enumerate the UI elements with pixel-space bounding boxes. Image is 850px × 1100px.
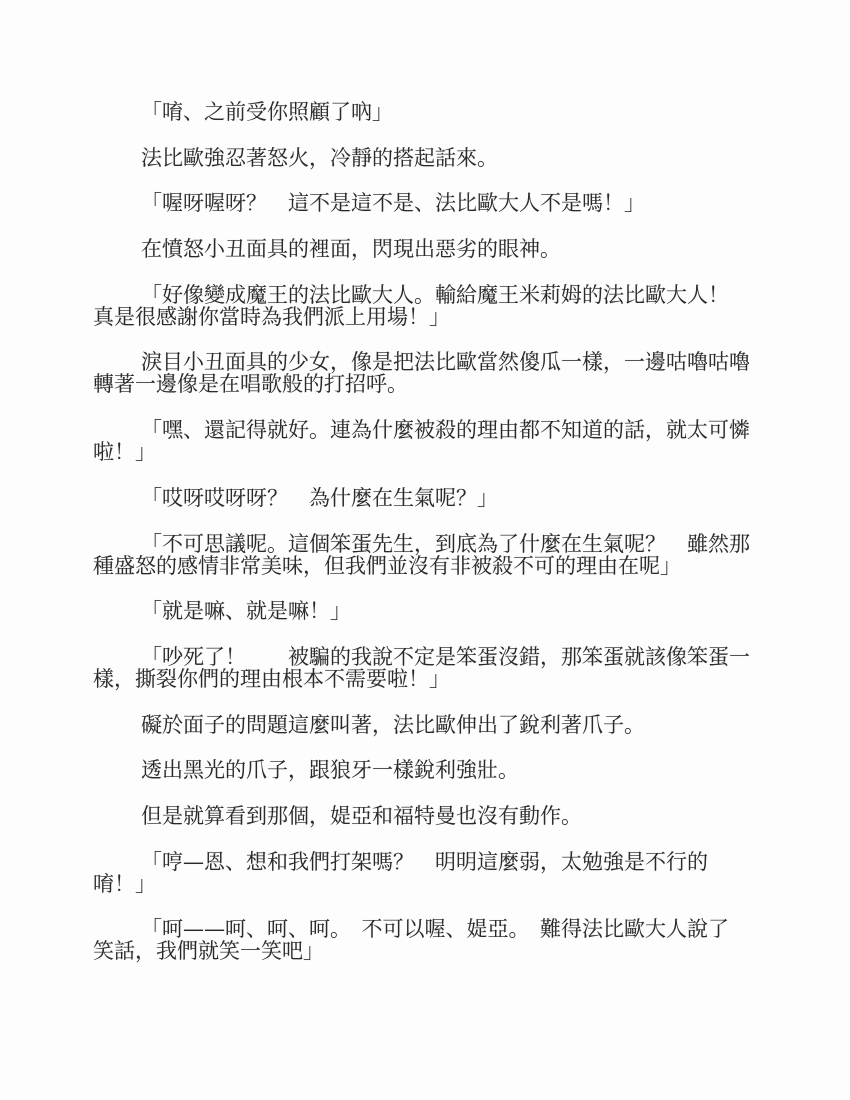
- paragraph-12: 礙於面子的問題這麼叫著，法比歐伸出了銳利著爪子。: [93, 714, 769, 736]
- paragraph-4: 在憤怒小丑面具的裡面，閃現出惡劣的眼神。: [93, 238, 769, 260]
- paragraph-5: 「好像變成魔王的法比歐大人。輸給魔王米莉姆的法比歐大人！ 真是很感謝你當時為我們…: [93, 284, 769, 328]
- paragraph-3: 「喔呀喔呀？ 這不是這不是、法比歐大人不是嗎！」: [93, 192, 769, 214]
- paragraph-10: 「就是嘛、就是嘛！」: [93, 600, 769, 622]
- paragraph-9: 「不可思議呢。這個笨蛋先生，到底為了什麼在生氣呢？ 雖然那 種盛怒的感情非常美味…: [93, 533, 769, 577]
- paragraph-15: 「哼—恩、想和我們打架嗎？ 明明這麼弱，太勉強是不行的 唷！」: [93, 851, 769, 895]
- document-page: 「唷、之前受你照顧了吶」 法比歐強忍著怒火，冷靜的搭起話來。 「喔呀喔呀？ 這不…: [0, 0, 850, 1100]
- novel-text-block: 「唷、之前受你照顧了吶」 法比歐強忍著怒火，冷靜的搭起話來。 「喔呀喔呀？ 這不…: [93, 101, 769, 986]
- paragraph-14: 但是就算看到那個，媞亞和福特曼也沒有動作。: [93, 805, 769, 827]
- paragraph-7: 「嘿、還記得就好。連為什麼被殺的理由都不知道的話，就太可憐 啦！」: [93, 419, 769, 463]
- paragraph-2: 法比歐強忍著怒火，冷靜的搭起話來。: [93, 147, 769, 169]
- paragraph-8: 「哎呀哎呀呀？ 為什麼在生氣呢？」: [93, 487, 769, 509]
- paragraph-16: 「呵——呵、呵、呵。 不可以喔、媞亞。 難得法比歐大人說了 笑話，我們就笑一笑吧…: [93, 918, 769, 962]
- paragraph-1: 「唷、之前受你照顧了吶」: [93, 101, 769, 123]
- paragraph-11: 「吵死了！ 被騙的我說不定是笨蛋沒錯，那笨蛋就該像笨蛋一 樣，撕裂你們的理由根本…: [93, 646, 769, 690]
- paragraph-6: 淚目小丑面具的少女，像是把法比歐當然傻瓜一樣，一邊咕嚕咕嚕 轉著一邊像是在唱歌般…: [93, 351, 769, 395]
- paragraph-13: 透出黑光的爪子，跟狼牙一樣銳利強壯。: [93, 759, 769, 781]
